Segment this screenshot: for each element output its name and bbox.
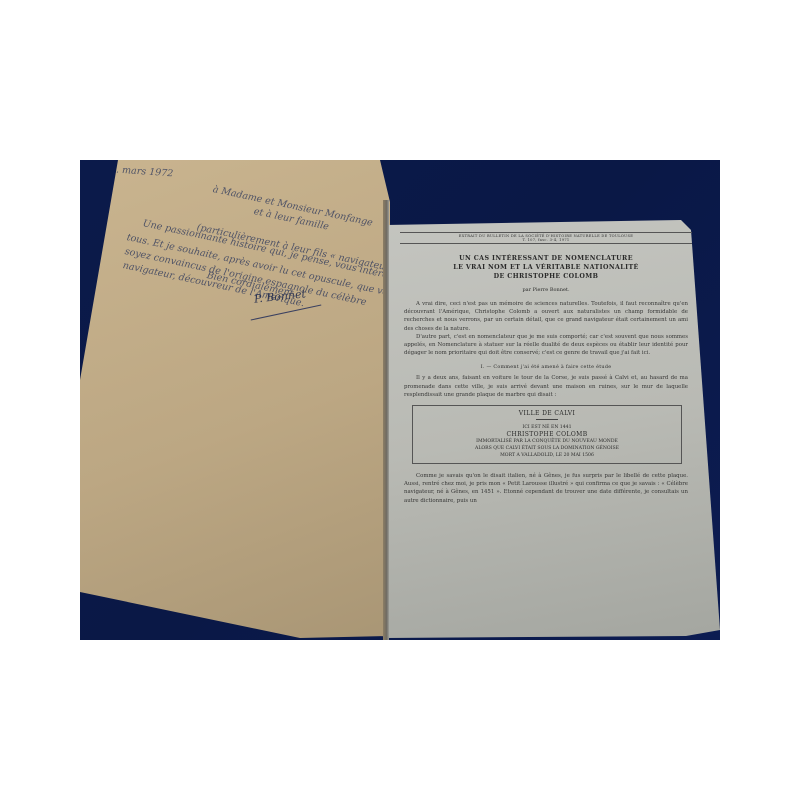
handwritten-date: … mars 1972 <box>109 164 173 179</box>
title-line: LE VRAI NOM ET LA VÉRITABLE NATIONALITÉ <box>396 263 696 272</box>
plaque-city: VILLE DE CALVI <box>415 410 679 417</box>
plaque-name: CHRISTOPHE COLOMB <box>415 431 679 438</box>
plaque-line: MORT A VALLADOLID, LE 20 MAI 1506 <box>415 452 679 459</box>
paragraph: A vrai dire, ceci n'est pas un mémoire d… <box>404 300 688 333</box>
section-heading: I. — Comment j'ai été amené à faire cett… <box>396 365 696 370</box>
plaque-line: ALORS QUE CALVI ÉTAIT SOUS LA DOMINATION… <box>415 445 679 452</box>
plaque-inscription: VILLE DE CALVI ICI EST NÉ EN 1441 CHRIST… <box>412 405 682 464</box>
plaque-line: ICI EST NÉ EN 1441 <box>415 424 679 431</box>
journal-header: EXTRAIT DU BULLETIN DE LA SOCIÉTÉ D'HIST… <box>400 232 692 244</box>
paragraph: Comme je savais qu'on le disait italien,… <box>404 472 688 505</box>
left-page: … mars 1972 à Madame et Monsieur Monfang… <box>80 160 390 640</box>
paragraph: Il y a deux ans, faisant en voiture le t… <box>404 374 688 399</box>
printed-article: EXTRAIT DU BULLETIN DE LA SOCIÉTÉ D'HIST… <box>396 226 696 505</box>
article-author: par Pierre Bonnet. <box>396 287 696 293</box>
book-gutter <box>383 200 389 640</box>
plaque-line: IMMORTALISÉ PAR LA CONQUÊTE DU NOUVEAU M… <box>415 438 679 445</box>
plaque-divider <box>536 419 558 420</box>
signature-underline <box>251 305 322 321</box>
paragraph: D'autre part, c'est en nomenclateur que … <box>404 333 688 358</box>
booklet-photo: … mars 1972 à Madame et Monsieur Monfang… <box>80 160 720 640</box>
title-line: DE CHRISTOPHE COLOMB <box>396 272 696 281</box>
journal-header-line: T. 107, fasc. 3-4, 1971 <box>400 238 692 242</box>
title-line: UN CAS INTÉRESSANT DE NOMENCLATURE <box>396 254 696 263</box>
article-title: UN CAS INTÉRESSANT DE NOMENCLATURE LE VR… <box>396 254 696 281</box>
